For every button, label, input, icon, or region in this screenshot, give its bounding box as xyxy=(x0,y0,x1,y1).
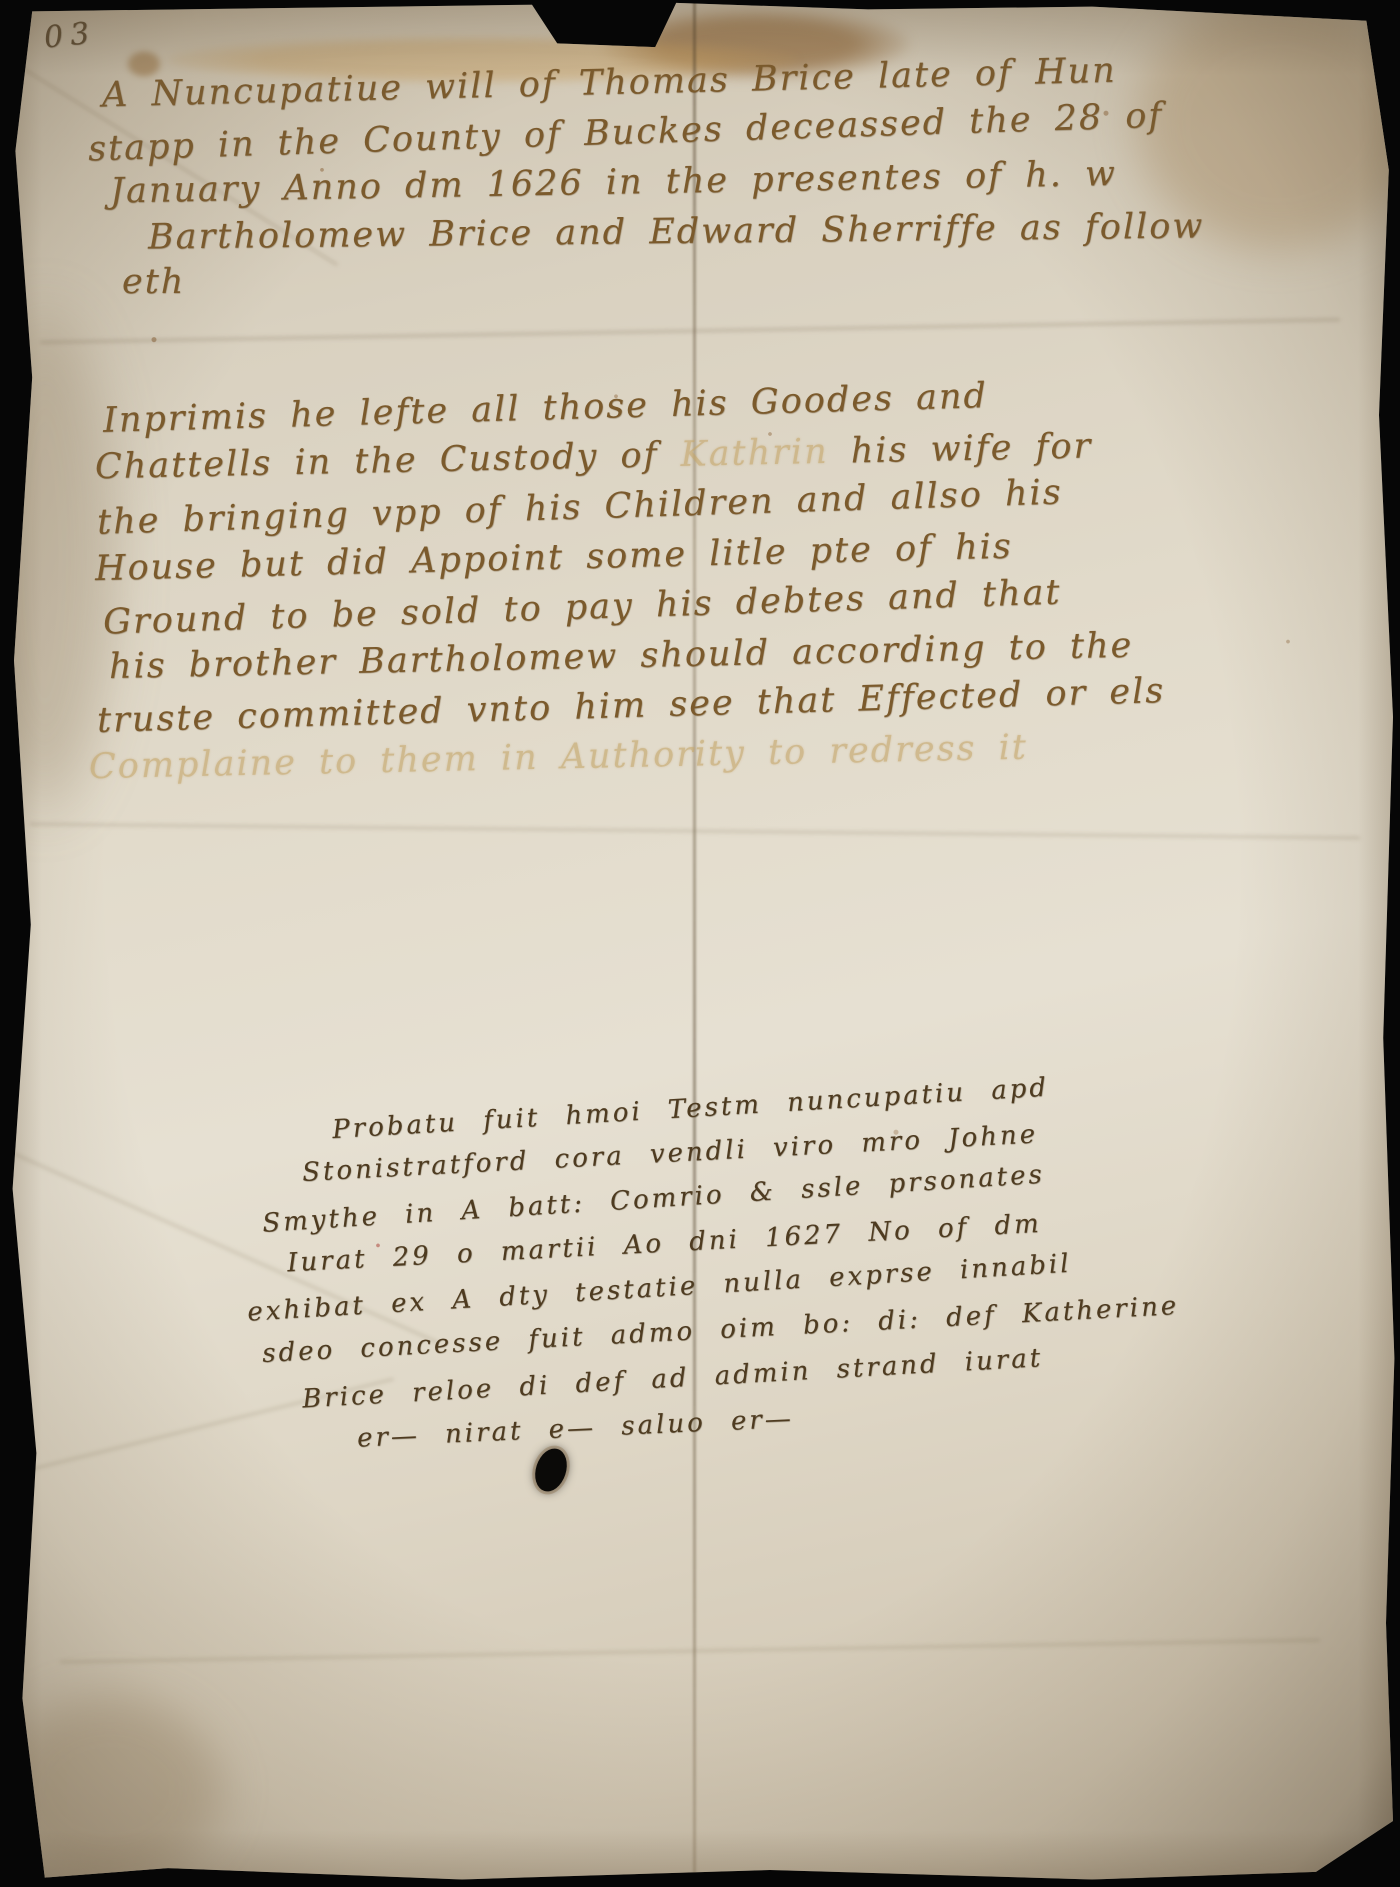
will-heading-paragraph: A Nuncupatiue will of Thomas Brice late … xyxy=(88,62,1204,312)
manuscript-line: eth xyxy=(122,262,1204,312)
wife-name-faded: Kathrin xyxy=(680,432,829,475)
will-body-paragraph: Inprimis he lefte all those his Goodes a… xyxy=(95,386,1166,786)
manuscript-photo: 03 A Nuncupatiue will of Thomas Brice la… xyxy=(0,0,1400,1887)
manuscript-page: 03 A Nuncupatiue will of Thomas Brice la… xyxy=(0,0,1400,1887)
manuscript-line: Bartholomew Brice and Edward Sherriffe a… xyxy=(148,206,1205,267)
probate-note: Probatu fuit hmoi Testm nuncupatiu apd S… xyxy=(262,1090,1180,1450)
folio-number: 03 xyxy=(42,15,98,55)
custody-line-post: his wife for xyxy=(828,426,1092,472)
